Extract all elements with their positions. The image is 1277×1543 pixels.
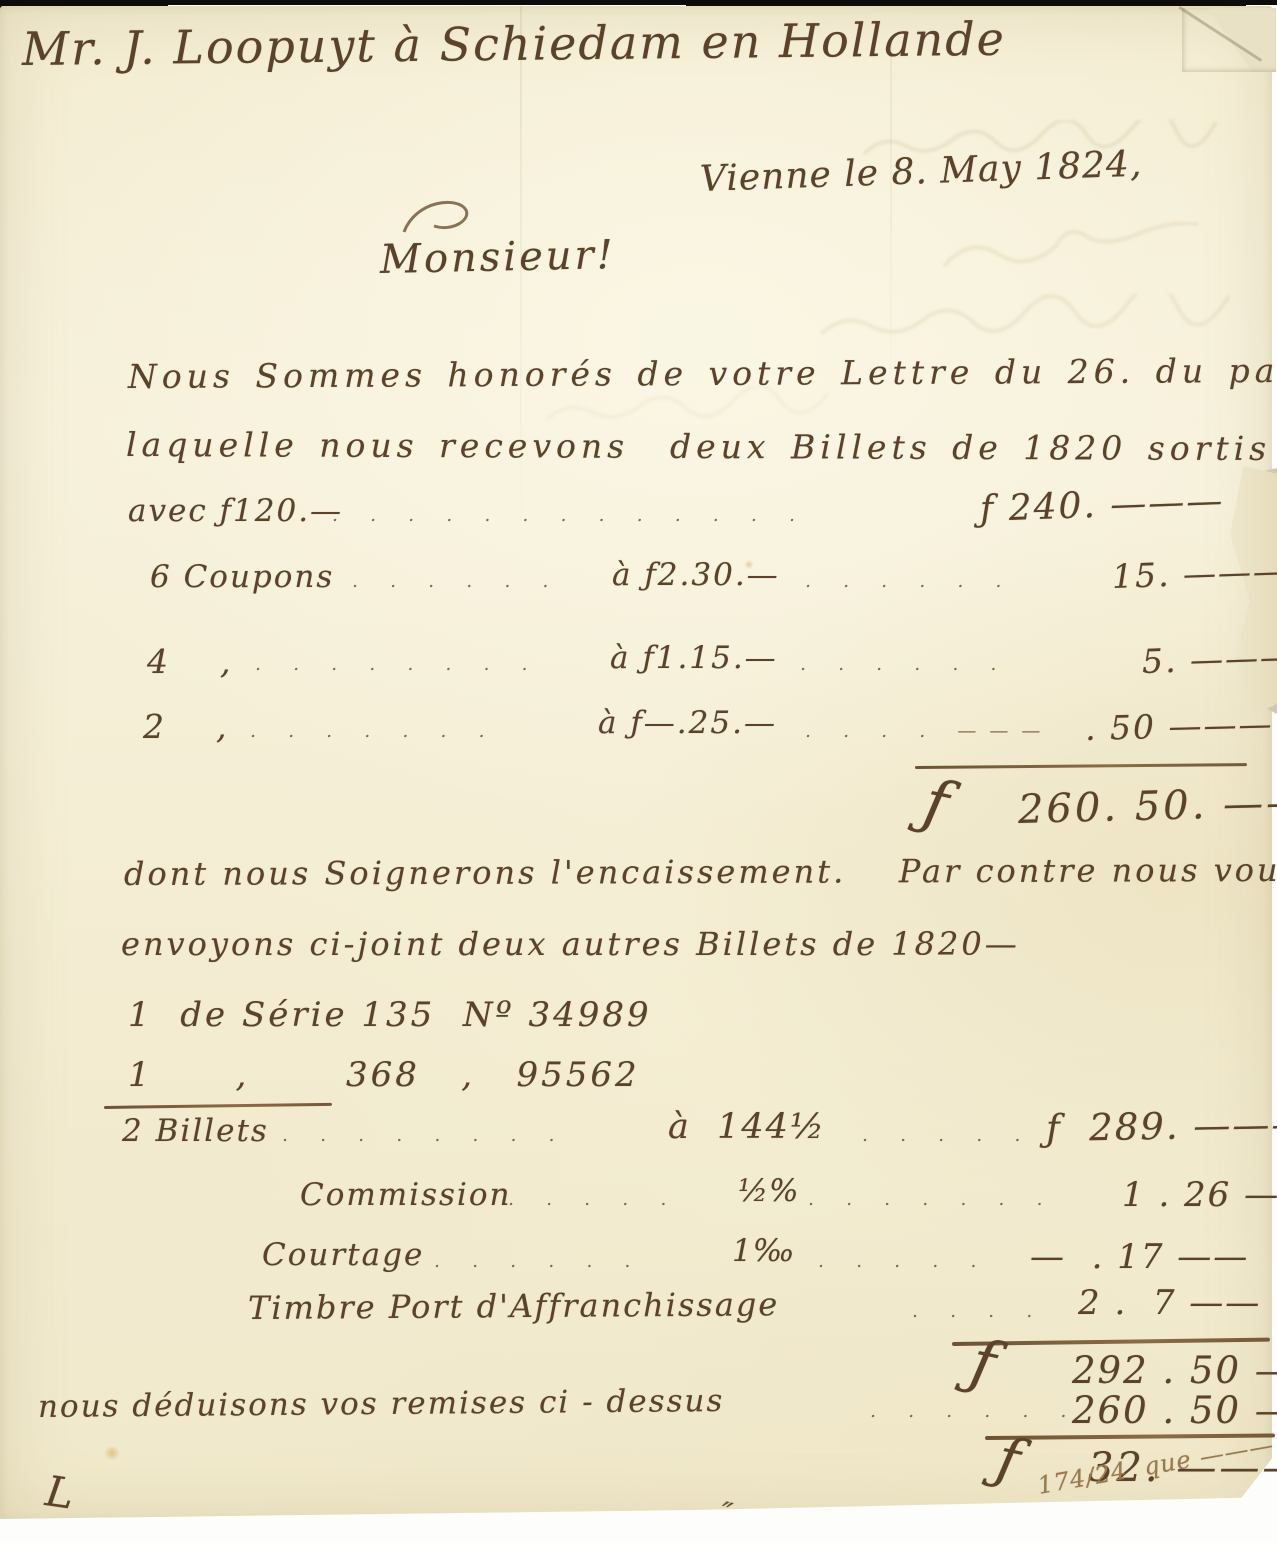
- account1-row-amount: . 50 ———: [1085, 707, 1274, 745]
- account2-row-label: Timbre Port d'Affranchissage: [248, 1288, 779, 1324]
- account2-row-rate: ½%: [738, 1176, 800, 1207]
- dot-leader: . . . . .: [862, 1126, 1033, 1145]
- dot-leader: . . . . . .: [870, 1402, 1079, 1421]
- total1-amount: 260. 50. ———: [1017, 781, 1277, 830]
- account1-row-amount: 15. ———: [1111, 554, 1277, 593]
- letter-scan: Mr. J. Loopuyt à Schiedam en Hollande Vi…: [0, 0, 1277, 1543]
- account1-row-amount: ƒ 240. ———: [979, 483, 1224, 528]
- body-line: envoyons ci-joint deux autres Billets de…: [121, 928, 1020, 960]
- dot-leader: . . . . . . .: [808, 1190, 1056, 1209]
- salutation: Monsieur!: [380, 235, 617, 280]
- account2-row-rate: 1‰: [732, 1236, 795, 1267]
- ink-stain: [104, 1446, 120, 1460]
- account2-row-label: Commission: [300, 1180, 511, 1211]
- dot-leader: . . . . .: [508, 1190, 679, 1209]
- account2-row-amount: ƒ 289. ———: [1046, 1105, 1277, 1147]
- corner-mark: L: [43, 1470, 76, 1515]
- account2-row-amount: 1 . 26 ——: [1122, 1178, 1277, 1212]
- recipient-line: Mr. J. Loopuyt à Schiedam en Hollande: [22, 16, 1006, 72]
- account2-row-amount: 2 . 7 ——: [1078, 1286, 1261, 1320]
- body-line: laquelle nous recevons deux Billets de 1…: [126, 428, 1277, 466]
- account1-row-rate: à ƒ1.15.—: [610, 643, 778, 674]
- account2-row-amount: — . 17 ——: [1030, 1240, 1249, 1274]
- bleedthrough-stroke: [815, 294, 1245, 356]
- body-line: Nous Sommes honorés de votre Lettre du 2…: [128, 353, 1277, 393]
- dot-leader: . . . . . .: [434, 1252, 643, 1271]
- pen-flourish: [398, 194, 490, 238]
- dot-leader: . . . . . . . . . . . . .: [332, 506, 808, 525]
- account1-row-label: 2 ,: [143, 710, 228, 743]
- account1-row-label: avec ƒ120.—: [128, 496, 343, 527]
- deduction-label: nous déduisons vos remises ci - dessus: [38, 1386, 725, 1423]
- dot-leader: . . . .: [912, 1302, 1045, 1321]
- dot-leader: . . . . . . .: [250, 722, 498, 741]
- account1-row-rate: à ƒ2.30.—: [612, 560, 780, 591]
- deduction-amount: 260 . 50 ——: [1072, 1392, 1277, 1429]
- account1-row-label: 4 ,: [147, 645, 232, 678]
- account1-row-label: 6 Coupons: [150, 562, 334, 593]
- dot-leader: . . . . . . . .: [255, 655, 541, 674]
- dot-leader: . . . . . .: [805, 572, 1014, 591]
- bleedthrough-stroke: [938, 222, 1243, 286]
- dot-leader: . . . . ———: [805, 722, 1053, 741]
- account1-row-rate: à ƒ—.25.—: [598, 708, 777, 739]
- account2-row-rate: à 144½: [668, 1110, 826, 1145]
- serie-line: 1 de Série 135 Nº 34989: [128, 998, 652, 1032]
- subtotal-amount: 292 . 50 ——: [1072, 1352, 1277, 1389]
- dot-leader: . . . . . .: [800, 655, 1009, 674]
- dot-leader: . . . . . . . .: [282, 1126, 568, 1145]
- body-line: dont nous Soignerons l'encaissement. Par…: [124, 854, 1277, 890]
- dot-leader: . . . . .: [818, 1252, 989, 1271]
- account2-row-label: Courtage: [262, 1240, 424, 1271]
- dot-leader: . . . . . .: [352, 572, 561, 591]
- account1-row-amount: 5. ———: [1141, 640, 1277, 678]
- account2-row-label: 2 Billets: [122, 1116, 269, 1147]
- serie-line: 1 , 368 , 95562: [128, 1058, 640, 1092]
